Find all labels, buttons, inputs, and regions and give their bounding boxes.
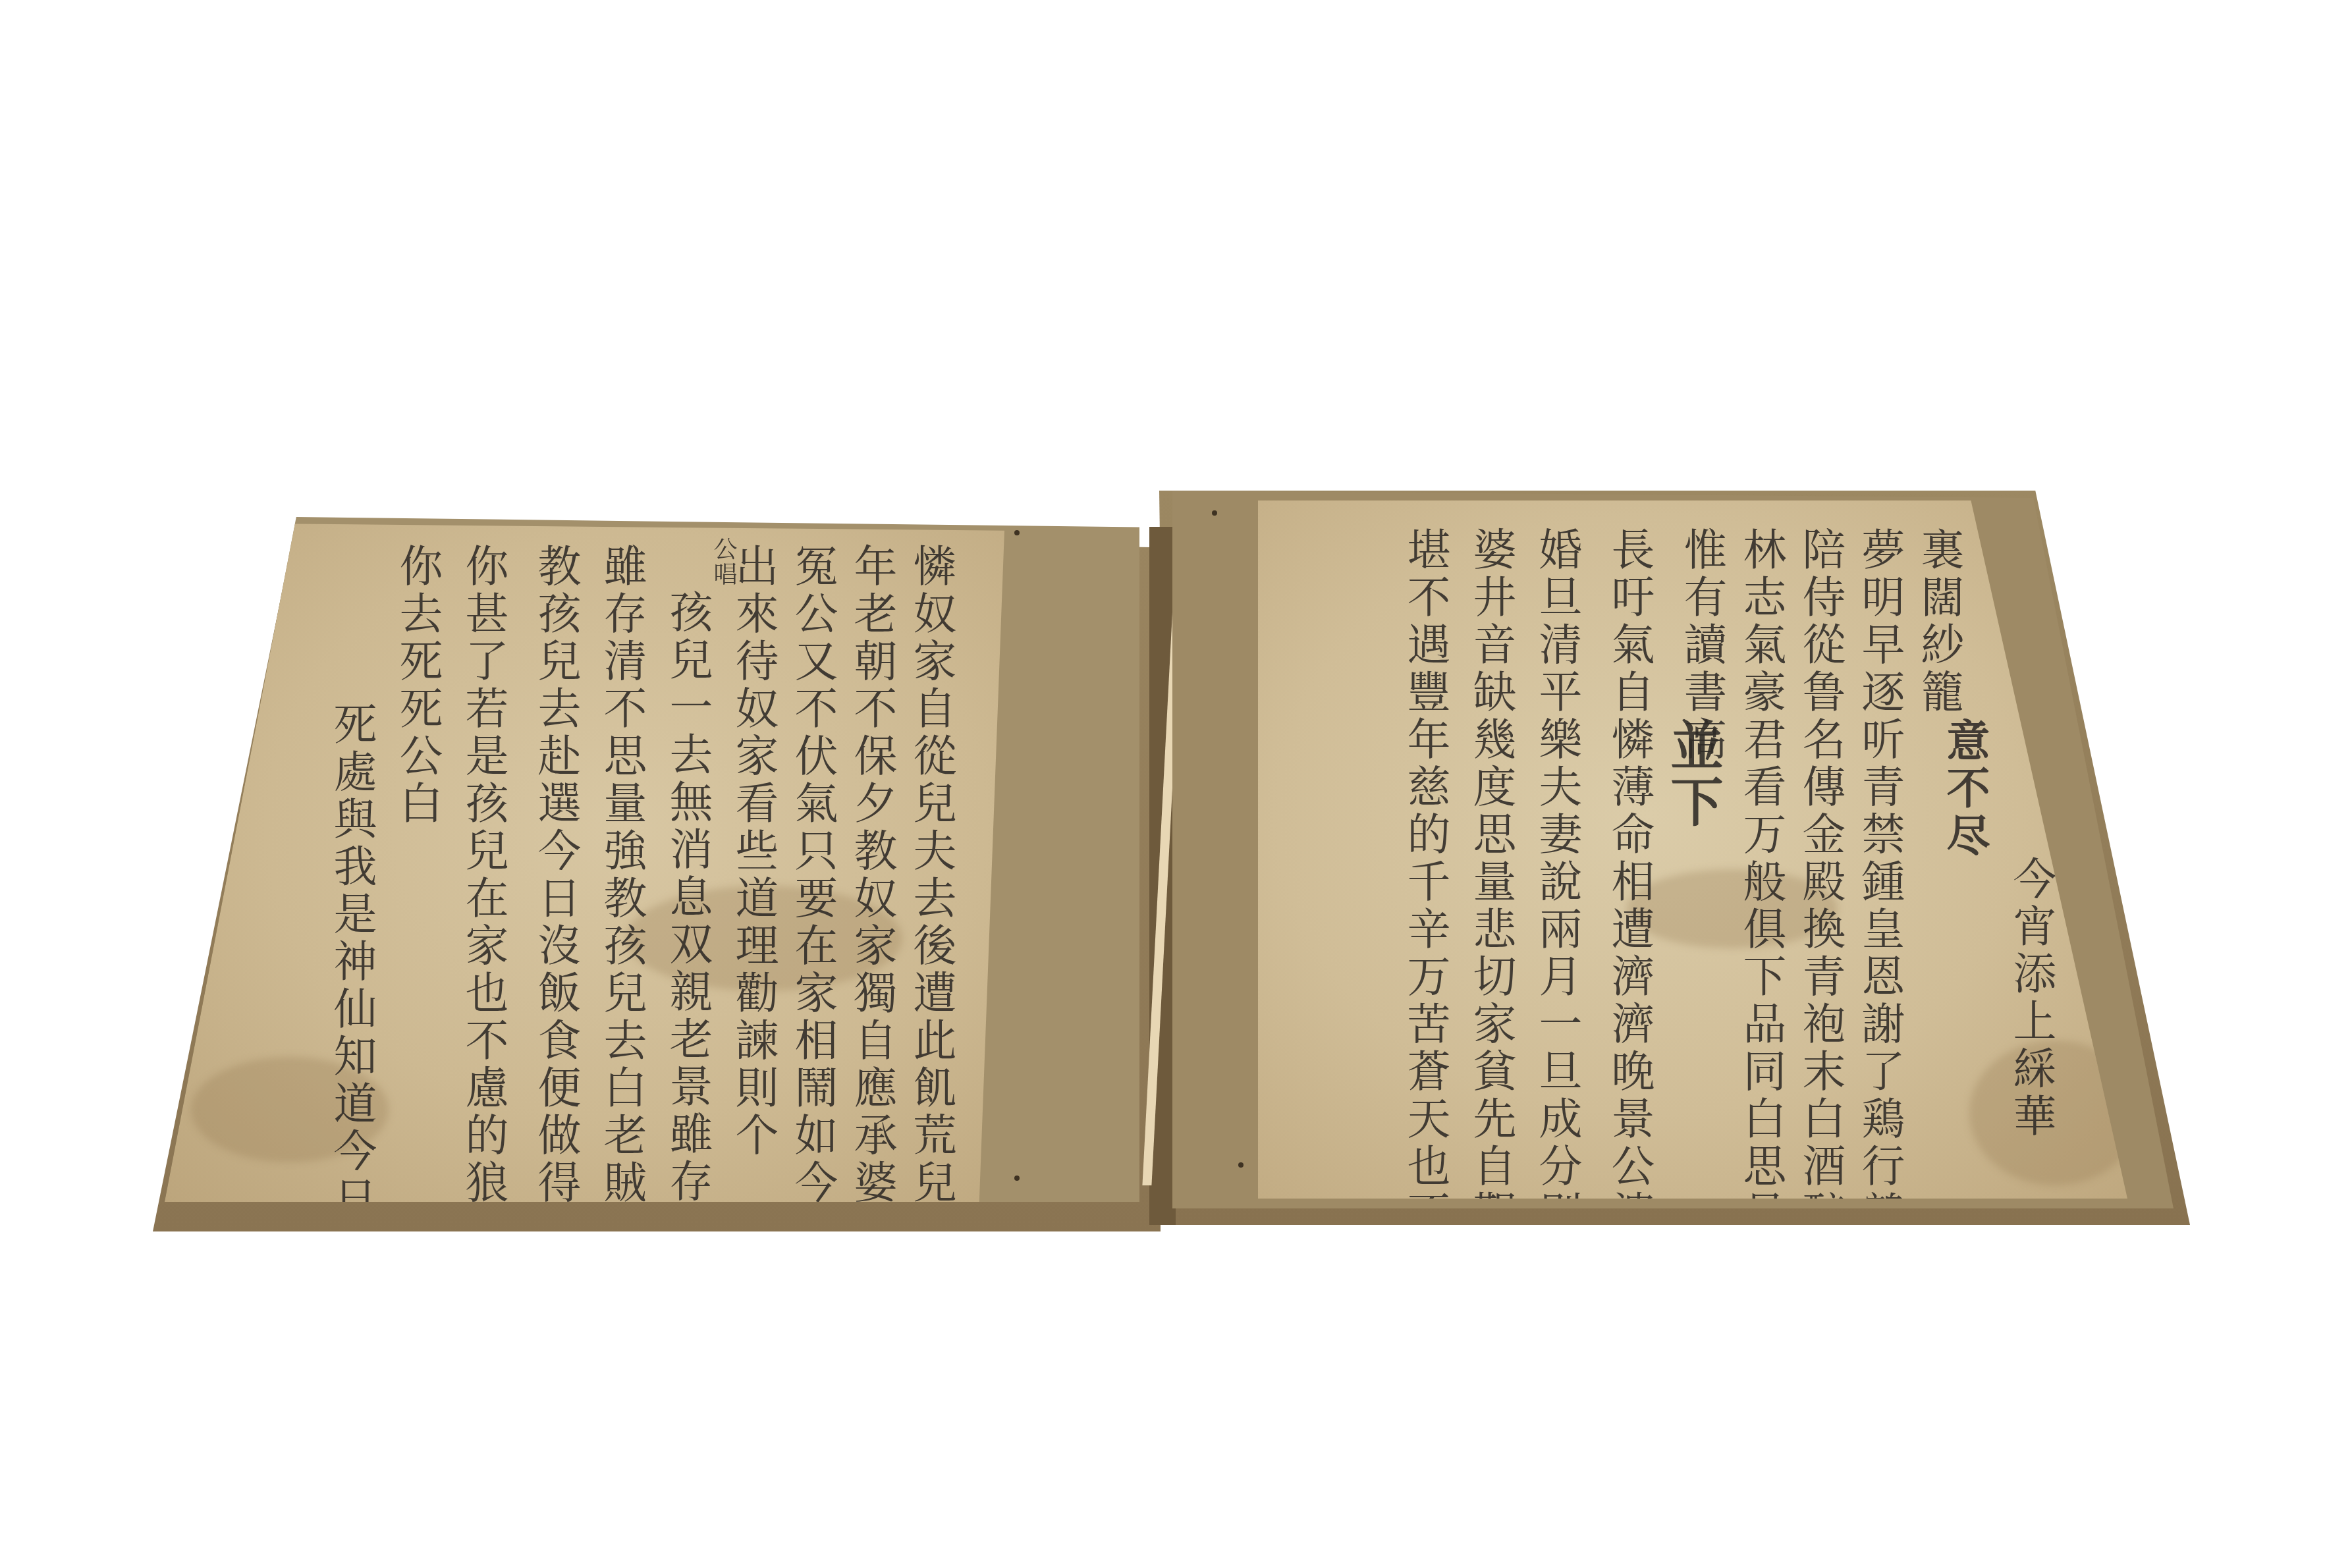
text-column: 意不尽: [1943, 718, 1986, 860]
text-column: 堪不遇豐年慈的千辛万苦蒼天也不相: [1403, 527, 1446, 1285]
text-column: 長吁氣自憐薄命相遭濟濟晚景公婆薄情夫: [1607, 527, 1651, 1380]
text-column: 陪侍從鲁名傳金殿換青袍末白酒醉瓊: [1798, 527, 1842, 1285]
right-page: 今宵添上綵華 意不尽 裏闊紗籠 夢明早逐听青禁鍾皇恩謝了鶏行鵷尾 陪侍從鲁名傳金…: [1172, 491, 2174, 1208]
text-column: 你去死死公白: [395, 543, 439, 828]
binding-hole: [1014, 1176, 1020, 1181]
text-column: 死處與我是神仙知道今日這: [329, 701, 373, 1270]
stage-direction: 並下: [1666, 718, 1719, 831]
text-column: 婚旦清平樂夫妻說兩月一旦成分別沒主公: [1535, 527, 1578, 1380]
text-column: 雖存清不思量強教孩兒去白老賊抵死: [599, 543, 643, 1302]
left-page-paper: 憐奴家自從兒夫去後遭此飢荒兒無公婆 年老朝不保夕教奴家獨自應承婆日夜埋 冤公又不…: [165, 517, 1004, 1202]
binding-hole: [1238, 1162, 1244, 1168]
text-column: 林志氣豪君看万般俱下品同白思量: [1739, 527, 1782, 1238]
text-column: 孩兒一去無消息双親老景雖存前腔: [665, 589, 709, 1301]
stage-direction: 公唱: [711, 537, 735, 587]
text-column: 夢明早逐听青禁鍾皇恩謝了鶏行鵷尾: [1857, 527, 1901, 1285]
right-page-paper: 今宵添上綵華 意不尽 裏闊紗籠 夢明早逐听青禁鍾皇恩謝了鶏行鵷尾 陪侍從鲁名傳金…: [1258, 500, 2127, 1199]
text-column: 今宵添上綵華: [2009, 856, 2052, 1141]
text-column: 出來待奴家看些道理勸諫則个: [731, 543, 775, 1160]
binding-hole: [1212, 510, 1217, 516]
left-page: 憐奴家自從兒夫去後遭此飢荒兒無公婆 年老朝不保夕教奴家獨自應承婆日夜埋 冤公又不…: [165, 517, 1139, 1202]
binding-hole: [1014, 530, 1020, 535]
manuscript-photo: 憐奴家自從兒夫去後遭此飢荒兒無公婆 年老朝不保夕教奴家獨自應承婆日夜埋 冤公又不…: [0, 0, 2352, 1568]
text-column: 裏闊紗籠: [1917, 527, 1960, 716]
